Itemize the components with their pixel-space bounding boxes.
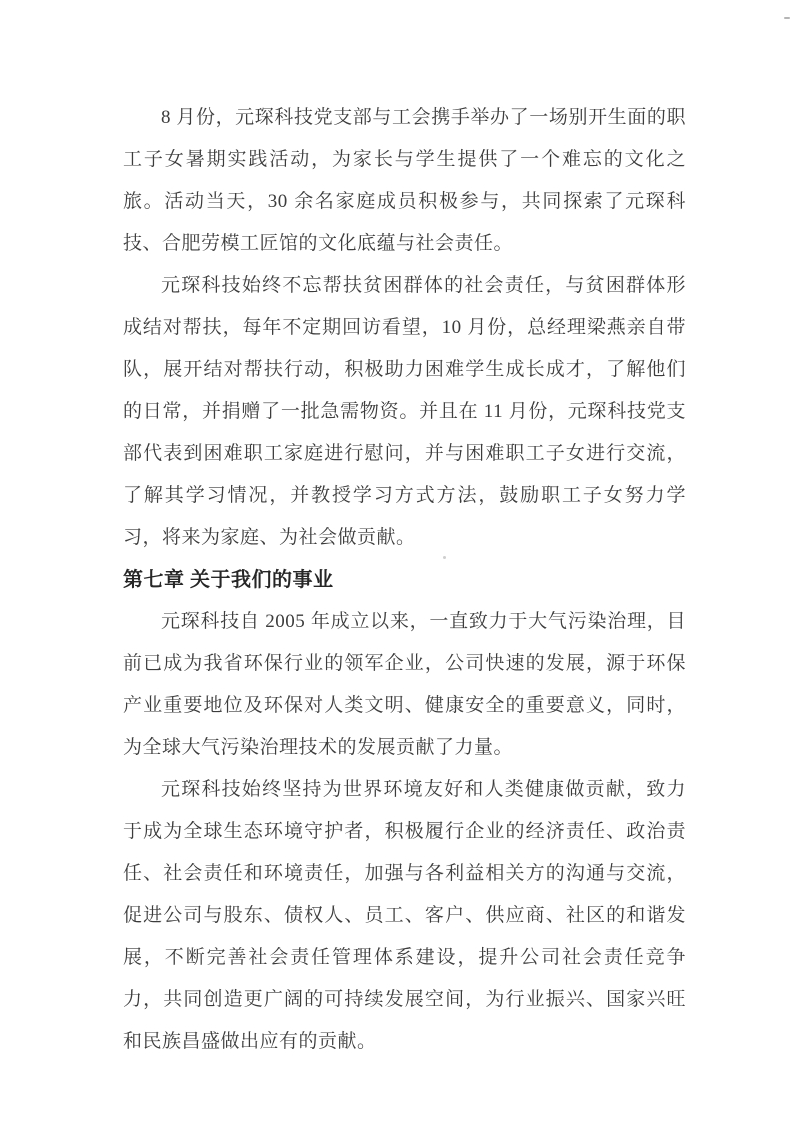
paragraph-company-history: 元琛科技自 2005 年成立以来，一直致力于大气污染治理，目前已成为我省环保行业… (123, 601, 686, 769)
paragraph-employee-children-activity: 8 月份，元琛科技党支部与工会携手举办了一场别开生面的职工子女暑期实践活动，为家… (123, 97, 686, 265)
scan-artifact-speck (443, 556, 446, 559)
paragraph-responsibility-commitment: 元琛科技始终坚持为世界环境友好和人类健康做贡献，致力于成为全球生态环境守护者，积… (123, 769, 686, 1063)
chapter-heading: 第七章 关于我们的事业 (123, 559, 686, 601)
paragraph-poverty-assistance: 元琛科技始终不忘帮扶贫困群体的社会责任，与贫困群体形成结对帮扶，每年不定期回访看… (123, 265, 686, 559)
scan-artifact-speck (784, 17, 790, 19)
document-text-block: 8 月份，元琛科技党支部与工会携手举办了一场别开生面的职工子女暑期实践活动，为家… (123, 97, 686, 1063)
scanned-document-page: 8 月份，元琛科技党支部与工会携手举办了一场别开生面的职工子女暑期实践活动，为家… (0, 0, 793, 1121)
